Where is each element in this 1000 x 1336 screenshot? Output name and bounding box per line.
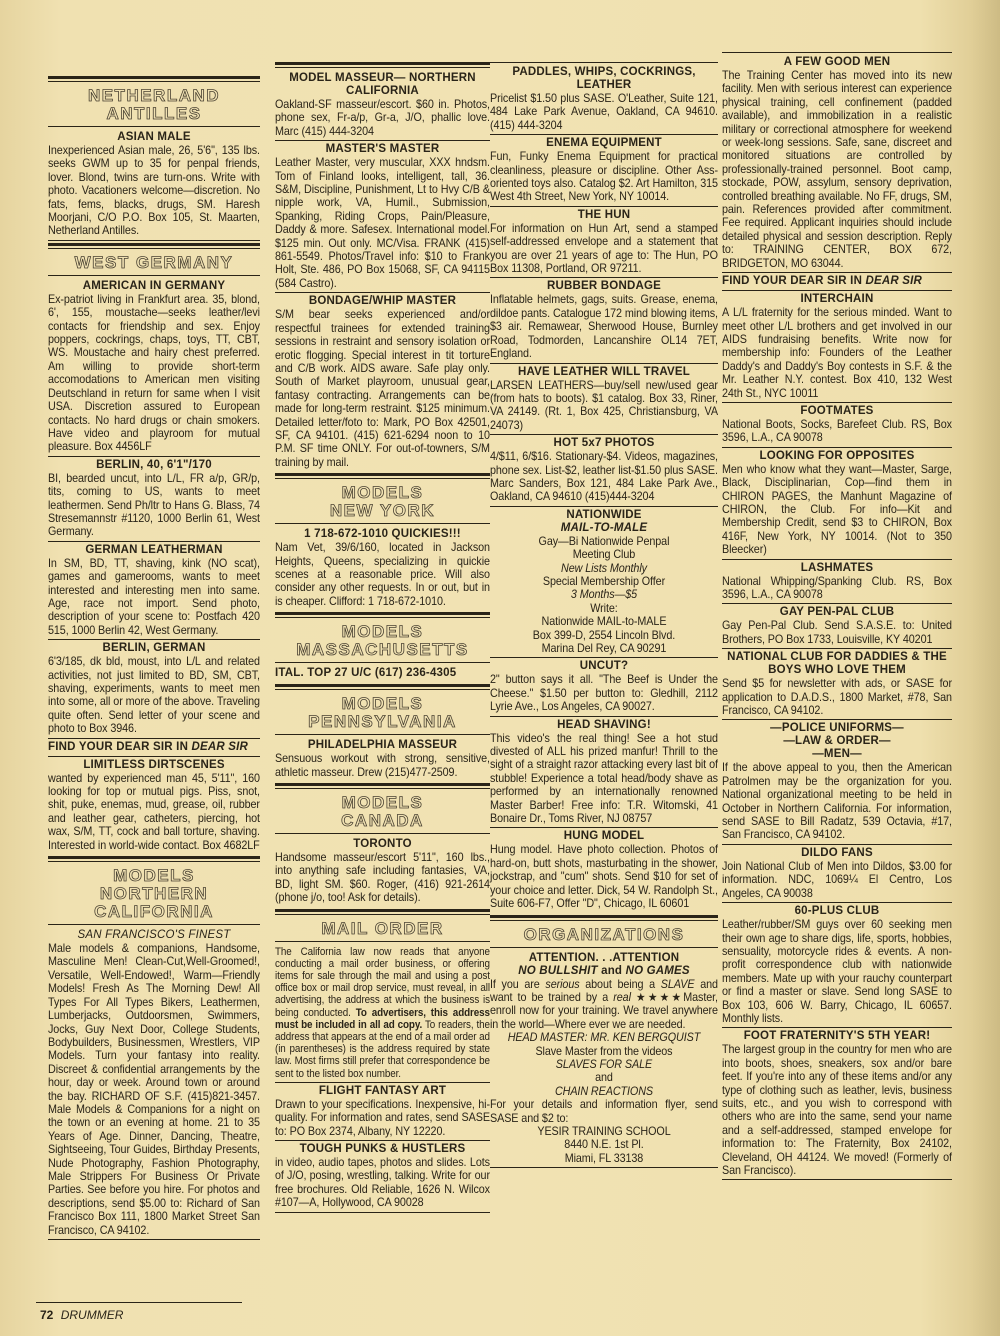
ad-body: National Whipping/Spanking Club. RS, Box…	[722, 575, 952, 602]
ad-title: ENEMA EQUIPMENT	[490, 137, 718, 150]
classified-ad: GAY PEN-PAL CLUB Gay Pen-Pal Club. Send …	[722, 605, 952, 649]
ad-title: MODEL MASSEUR— NORTHERN CALIFORNIA	[275, 72, 490, 98]
classified-ad: FOOTMATES National Boots, Socks, Barefee…	[722, 404, 952, 448]
section-netherland-antilles: NETHERLAND ANTILLES	[48, 85, 260, 127]
classified-ad: NATIONWIDE MAIL-TO-MALE Gay—Bi Nationwid…	[490, 508, 718, 659]
mail-order-notice: The California law now reads that anyone…	[275, 945, 490, 1083]
ad-line: Special Membership Offer	[490, 575, 718, 588]
classified-ad: SAN FRANCISCO'S FINEST Male models & com…	[48, 928, 260, 1240]
ad-body: Inflatable helmets, gags, suits. Grease,…	[490, 293, 718, 360]
ad-line: Meeting Club	[490, 548, 718, 561]
ad-body: HEAD MASTER: MR. KEN BERGQUISTSlave Mast…	[490, 1031, 718, 1098]
page-footer: 72 DRUMMER	[40, 1308, 123, 1322]
ad-body: Leather/rubber/SM guys over 60 seeking m…	[722, 918, 952, 1025]
ad-body: For your details and information flyer, …	[490, 1098, 718, 1125]
ad-title: HEAD SHAVING!	[490, 719, 718, 732]
ad-title: RUBBER BONDAGE	[490, 280, 718, 293]
classified-ad: HUNG MODEL Hung model. Have photo collec…	[490, 829, 718, 912]
classified-ad: TOUGH PUNKS & HUSTLERS in video, audio t…	[275, 1142, 490, 1213]
classified-ad: ITAL. TOP 27 U/C (617) 236-4305	[275, 666, 490, 682]
ad-body: BI, bearded uncut, into L/L, FR a/p, GR/…	[48, 472, 260, 539]
ad-title: —MEN—	[722, 748, 952, 761]
ad-body: National Boots, Socks, Barefeet Club. RS…	[722, 418, 952, 445]
magazine-name: DRUMMER	[61, 1308, 124, 1322]
ad-line: Box 399-D, 2554 Lincoln Blvd.	[490, 629, 718, 642]
section-models-new-york: MODELS NEW YORK	[275, 482, 490, 524]
column-1: NETHERLAND ANTILLES ASIAN MALE Inexperie…	[48, 74, 260, 1241]
section-models-northern-california: MODELS NORTHERN CALIFORNIA	[48, 865, 260, 925]
ad-title: AMERICAN IN GERMANY	[48, 280, 260, 293]
ad-title: INTERCHAIN	[722, 293, 952, 306]
ad-line: Marina Del Rey, CA 90291	[490, 642, 718, 655]
ad-body: Send $5 for newsletter with ads, or SASE…	[722, 677, 952, 717]
classified-ad: ENEMA EQUIPMENT Fun, Funky Enema Equipme…	[490, 136, 718, 207]
classified-ad: HEAD SHAVING! This video's the real thin…	[490, 718, 718, 829]
ad-title: PHILADELPHIA MASSEUR	[275, 739, 490, 752]
ad-body: For information on Hun Art, send a stamp…	[490, 222, 718, 276]
divider	[490, 62, 718, 63]
ad-body: LARSEN LEATHERS—buy/sell new/used gear (…	[490, 379, 718, 433]
ad-title: GERMAN LEATHERMAN	[48, 544, 260, 557]
ad-title: BERLIN, 40, 6'1"/170	[48, 459, 260, 472]
ad-title: 60-PLUS CLUB	[722, 905, 952, 918]
ad-title: NATIONWIDE	[490, 509, 718, 522]
classified-ad: ATTENTION. . .ATTENTION NO BULLSHIT and …	[490, 951, 718, 1169]
ad-title: BONDAGE/WHIP MASTER	[275, 295, 490, 308]
classified-ad: HAVE LEATHER WILL TRAVEL LARSEN LEATHERS…	[490, 365, 718, 436]
ad-title: —LAW & ORDER—	[722, 735, 952, 748]
classified-ad: LASHMATES National Whipping/Spanking Clu…	[722, 561, 952, 605]
classified-ad: A FEW GOOD MEN The Training Center has m…	[722, 55, 952, 273]
ad-body: Sensuous workout with strong, sensitive,…	[275, 752, 490, 779]
ad-body: The California law now reads that anyone…	[275, 946, 490, 1080]
ad-title: HOT 5x7 PHOTOS	[490, 437, 718, 450]
ad-title: TORONTO	[275, 838, 490, 851]
ad-title: UNCUT?	[490, 660, 718, 673]
ad-line: Write:	[490, 602, 718, 615]
ad-body: If the above appeal to you, then the Ame…	[722, 761, 952, 841]
column-2: MODEL MASSEUR— NORTHERN CALIFORNIA Oakla…	[275, 60, 490, 1214]
ad-body: 4/$11, 6/$16. Stationary-$4. Videos, mag…	[490, 450, 718, 504]
magazine-page: NETHERLAND ANTILLES ASIAN MALE Inexperie…	[0, 0, 1000, 1336]
divider	[275, 684, 490, 690]
ad-title: HAVE LEATHER WILL TRAVEL	[490, 366, 718, 379]
ad-body: Oakland-SF masseur/escort. $60 in. Photo…	[275, 98, 490, 138]
classified-ad: NATIONAL CLUB FOR DADDIES & THE BOYS WHO…	[722, 650, 952, 720]
divider	[490, 915, 718, 921]
section-organizations: ORGANIZATIONS	[490, 924, 718, 948]
ad-body: Drawn to your specifications. Inexpensiv…	[275, 1098, 490, 1138]
classified-ad: 60-PLUS CLUB Leather/rubber/SM guys over…	[722, 904, 952, 1028]
ad-body: Fun, Funky Enema Equipment for practical…	[490, 150, 718, 204]
classified-ad: BONDAGE/WHIP MASTER S/M bear seeks exper…	[275, 294, 490, 471]
ad-body: Pricelist $1.50 plus SASE. O'Leather, Su…	[490, 92, 718, 132]
ad-title: THE HUN	[490, 209, 718, 222]
dear-sir-banner: FIND YOUR DEAR SIR IN DEAR SIR	[722, 274, 952, 291]
footer-divider	[36, 1302, 242, 1303]
ad-line: Slave Master from the videos	[490, 1045, 718, 1058]
ad-title: HUNG MODEL	[490, 830, 718, 843]
ad-body: 2" button says it all. "The Beef is Unde…	[490, 673, 718, 713]
ad-title: TOUGH PUNKS & HUSTLERS	[275, 1143, 490, 1156]
ad-body: Handsome masseur/escort 5'11", 160 lbs.,…	[275, 851, 490, 905]
page-number: 72	[40, 1308, 53, 1322]
section-models-pennsylvania: MODELS PENNSYLVANIA	[275, 693, 490, 735]
ad-subtitle: MAIL-TO-MALE	[490, 522, 718, 535]
ad-line: Gay—Bi Nationwide Penpal	[490, 535, 718, 548]
ad-title: LOOKING FOR OPPOSITES	[722, 450, 952, 463]
classified-ad: DILDO FANS Join National Club of Men int…	[722, 846, 952, 903]
classified-ad: INTERCHAIN A L/L fraternity for the seri…	[722, 292, 952, 403]
ad-address: YESIR TRAINING SCHOOL8440 N.E. 1st Pl.Mi…	[490, 1125, 718, 1165]
classified-ad: PADDLES, WHIPS, COCKRINGS, LEATHER Price…	[490, 65, 718, 135]
ad-title: LASHMATES	[722, 562, 952, 575]
classified-ad: MASTER'S MASTER Leather Master, very mus…	[275, 142, 490, 293]
ad-body: in video, audio tapes, photos and slides…	[275, 1156, 490, 1210]
ad-title: A FEW GOOD MEN	[722, 56, 952, 69]
ad-body: The Training Center has moved into its n…	[722, 69, 952, 270]
classified-ad: 1 718-672-1010 QUICKIES!!! Nam Vet, 39/6…	[275, 527, 490, 610]
ad-title: LIMITLESS DIRTSCENES	[48, 759, 260, 772]
section-west-germany: WEST GERMANY	[48, 252, 260, 276]
ad-title: —POLICE UNIFORMS—	[722, 722, 952, 735]
ad-body: Men who know what they want—Master, Sarg…	[722, 463, 952, 557]
ad-body: Gay Pen-Pal Club. Send S.A.S.E. to: Unit…	[722, 619, 952, 646]
classified-ad: THE HUN For information on Hun Art, send…	[490, 208, 718, 279]
column-3: PADDLES, WHIPS, COCKRINGS, LEATHER Price…	[490, 60, 718, 1169]
ad-line: Miami, FL 33138	[490, 1152, 718, 1165]
classified-ad: LOOKING FOR OPPOSITES Men who know what …	[722, 449, 952, 560]
ad-line: YESIR TRAINING SCHOOL	[490, 1125, 718, 1138]
ad-title: 1 718-672-1010 QUICKIES!!!	[275, 528, 490, 541]
ad-line: Nationwide MAIL-to-MALE	[490, 615, 718, 628]
ad-title: FLIGHT FANTASY ART	[275, 1085, 490, 1098]
classified-ad: UNCUT? 2" button says it all. "The Beef …	[490, 659, 718, 716]
dear-sir-banner: FIND YOUR DEAR SIR IN DEAR SIR	[48, 740, 260, 757]
ad-body: In SM, BD, TT, shaving, kink (NO scat), …	[48, 557, 260, 637]
classified-ad: RUBBER BONDAGE Inflatable helmets, gags,…	[490, 279, 718, 363]
divider	[275, 62, 490, 68]
ad-title: SAN FRANCISCO'S FINEST	[48, 929, 260, 942]
classified-ad: —POLICE UNIFORMS— —LAW & ORDER— —MEN— If…	[722, 721, 952, 844]
ad-title: PADDLES, WHIPS, COCKRINGS, LEATHER	[490, 66, 718, 92]
ad-body: The largest group in the country for men…	[722, 1043, 952, 1177]
classified-ad: LIMITLESS DIRTSCENES wanted by experienc…	[48, 758, 260, 854]
ad-body: Male models & companions, Handsome, Masc…	[48, 942, 260, 1237]
divider	[275, 909, 490, 915]
classified-ad: MODEL MASSEUR— NORTHERN CALIFORNIA Oakla…	[275, 71, 490, 141]
classified-ad: HOT 5x7 PHOTOS 4/$11, 6/$16. Stationary-…	[490, 436, 718, 507]
ad-title: ITAL. TOP 27 U/C (617) 236-4305	[275, 667, 490, 680]
ad-body: wanted by experienced man 45, 5'11", 160…	[48, 772, 260, 852]
divider	[275, 612, 490, 618]
ad-body: 6'3/185, dk bld, moust, into L/L and rel…	[48, 655, 260, 735]
ad-body: Gay—Bi Nationwide PenpalMeeting ClubNew …	[490, 535, 718, 656]
ad-title: FOOT FRATERNITY'S 5TH YEAR!	[722, 1030, 952, 1043]
divider	[275, 783, 490, 789]
ad-body: Nam Vet, 39/6/160, located in Jackson He…	[275, 541, 490, 608]
classified-ad: TORONTO Handsome masseur/escort 5'11", 1…	[275, 837, 490, 907]
classified-ad: FLIGHT FANTASY ART Drawn to your specifi…	[275, 1084, 490, 1141]
ad-body: Inexperienced Asian male, 26, 5'6", 135 …	[48, 144, 260, 238]
ad-title: FOOTMATES	[722, 405, 952, 418]
classified-ad: FOOT FRATERNITY'S 5TH YEAR! The largest …	[722, 1029, 952, 1180]
ad-line: 8440 N.E. 1st Pl.	[490, 1138, 718, 1151]
ad-body: Ex-patriot living in Frankfurt area. 35,…	[48, 293, 260, 454]
ad-line: HEAD MASTER: MR. KEN BERGQUIST	[490, 1031, 718, 1044]
divider	[48, 76, 260, 82]
classified-ad: GERMAN LEATHERMAN In SM, BD, TT, shaving…	[48, 543, 260, 640]
classified-ad: BERLIN, GERMAN 6'3/185, dk bld, moust, i…	[48, 641, 260, 738]
ad-body: Join National Club of Men into Dildos, $…	[722, 860, 952, 900]
ad-title: ATTENTION. . .ATTENTION	[490, 952, 718, 965]
divider	[722, 52, 952, 53]
ad-title: DILDO FANS	[722, 847, 952, 860]
section-models-massachusetts: MODELS MASSACHUSETTS	[275, 621, 490, 663]
ad-body: This video's the real thing! See a hot s…	[490, 732, 718, 826]
ad-line: SLAVES FOR SALE	[490, 1058, 718, 1071]
ad-title: NATIONAL CLUB FOR DADDIES & THE BOYS WHO…	[722, 651, 952, 677]
divider	[275, 473, 490, 479]
classified-ad: BERLIN, 40, 6'1"/170 BI, bearded uncut, …	[48, 458, 260, 542]
ad-title: GAY PEN-PAL CLUB	[722, 606, 952, 619]
ad-body: A L/L fraternity for the serious minded.…	[722, 306, 952, 400]
ad-line: New Lists Monthly	[490, 562, 718, 575]
classified-ad: ASIAN MALE Inexperienced Asian male, 26,…	[48, 130, 260, 241]
ad-line: 3 Months—$5	[490, 588, 718, 601]
divider	[48, 856, 260, 862]
ad-title: ASIAN MALE	[48, 131, 260, 144]
ad-title: BERLIN, GERMAN	[48, 642, 260, 655]
ad-title: MASTER'S MASTER	[275, 143, 490, 156]
ad-line: and	[490, 1071, 718, 1084]
ad-line: CHAIN REACTIONS	[490, 1085, 718, 1098]
classified-ad: AMERICAN IN GERMANY Ex-patriot living in…	[48, 279, 260, 457]
ad-body: If you are serious about being a SLAVE a…	[490, 978, 718, 1032]
divider	[48, 243, 260, 249]
column-4: A FEW GOOD MEN The Training Center has m…	[722, 50, 952, 1181]
ad-body: Leather Master, very muscular, XXX hndsm…	[275, 156, 490, 290]
ad-body: Hung model. Have photo collection. Photo…	[490, 843, 718, 910]
section-mail-order: MAIL ORDER	[275, 918, 490, 942]
ad-subtitle: NO BULLSHIT and NO GAMES	[490, 965, 718, 978]
ad-body: S/M bear seeks experienced and/or respec…	[275, 308, 490, 469]
section-models-canada: MODELS CANADA	[275, 792, 490, 834]
classified-ad: PHILADELPHIA MASSEUR Sensuous workout wi…	[275, 738, 490, 781]
